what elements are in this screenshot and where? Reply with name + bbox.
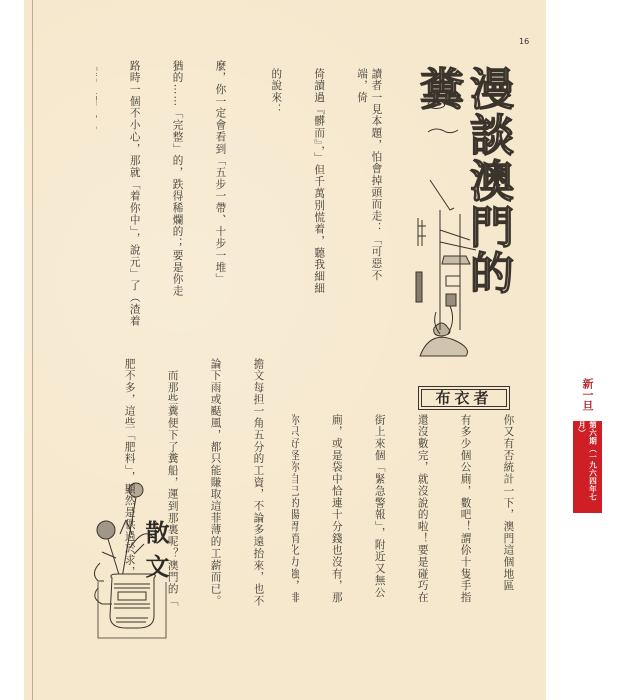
title-illustration	[410, 80, 500, 360]
body-column: 你又有否統計一下，澳門這個地區	[501, 414, 515, 664]
body-column: 論下雨或颳風，都只能賺取這菲薄的工薪而已。	[208, 358, 222, 658]
article-body-left: 麼，你一定會看到「五步一帶、十步一堆」 猶的……「完整」的，跌得稀爛的；要是你走…	[96, 60, 256, 350]
page-number: 16	[519, 37, 529, 46]
body-column: 麼，你一定會看到「五步一帶、十步一堆」	[213, 60, 227, 350]
body-column: 的說來：	[269, 68, 283, 300]
body-column: 猶的……「完整」的，跌得稀爛的；要是你走	[170, 60, 184, 350]
flower-vase-illustration	[86, 478, 186, 648]
issue-label: 第六期（一九六四年七月）	[577, 421, 599, 513]
body-column: 路時一個不小心，那就「着你中」，說元」了（渣着	[127, 60, 141, 350]
flower-icon	[129, 483, 143, 497]
author-byline: 布衣者	[418, 386, 510, 410]
body-column: 「糞之謂也」。	[96, 60, 99, 350]
section-label: 散文	[140, 520, 170, 640]
body-column: 廁，或是袋中恰連十分錢也沒有，那	[330, 414, 344, 664]
cloud-icon	[428, 99, 445, 108]
body-column: 擔文每担一角五分的工資，不論多遠抬來，也不	[251, 358, 265, 658]
body-column: 讀者一見本題，怕會掉頭而走：「可惡不端，倚	[355, 68, 384, 300]
issue-badge: 第六期（一九六四年七月）	[573, 421, 602, 513]
article-body-right: 你又有否統計一下，澳門這個地區 有多少個公廁，數吧！謂伱十隻手指 還沒數完，就沒…	[292, 414, 544, 664]
body-column: 還沒數完，就沒說的啦！要是碰巧在	[415, 414, 429, 664]
flower-icon	[97, 521, 115, 539]
body-column: 街上來個「緊急警報」，附近又無公	[372, 414, 386, 664]
magazine-name: 新一旦	[579, 378, 595, 411]
binding-edge-line	[32, 0, 33, 700]
body-column: 有多少個公廁，數吧！謂伱十隻手指	[458, 414, 472, 664]
body-column: 倚讀過『髒而』，」但千萬別慌着，聽我細細	[312, 68, 326, 300]
article-body-middle: 讀者一見本題，怕會掉頭而走：「可惡不端，倚 倚讀過『髒而』，」但千萬別慌着，聽我…	[252, 68, 412, 300]
